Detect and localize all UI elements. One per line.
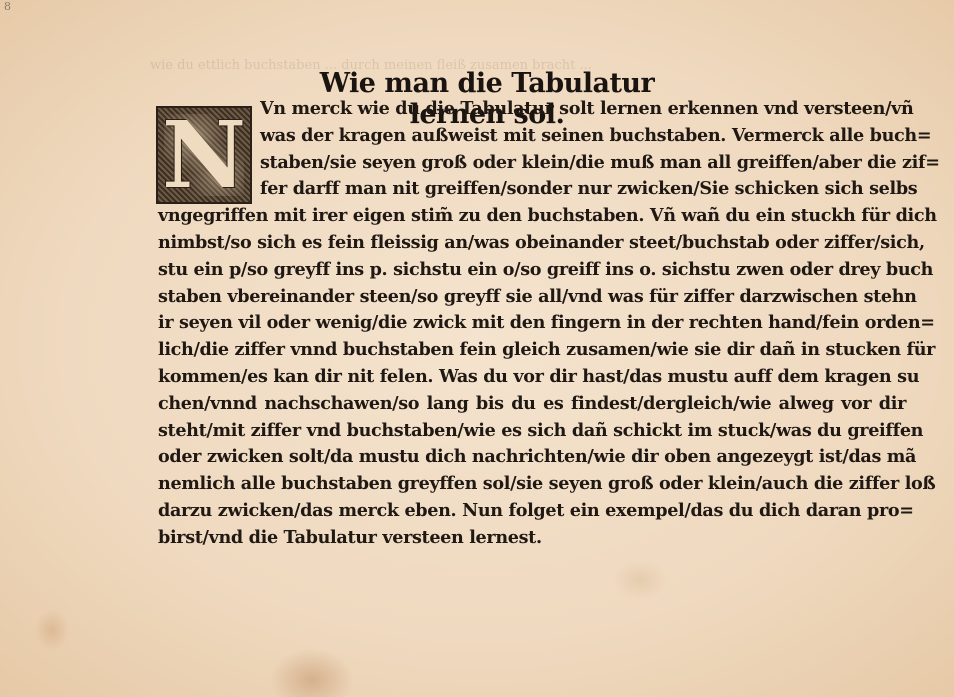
text-line: vngegriffen mit irer eigen stim̃ zu den … — [158, 203, 906, 230]
text-line: staben/sie seyen groß oder klein/die muß… — [158, 150, 906, 177]
text-line: nimbst/so sich es fein fleissig an/was o… — [158, 230, 906, 257]
text-line: kommen/es kan dir nit felen. Was du vor … — [158, 364, 906, 391]
text-line: was der kragen außweist mit seinen buchs… — [158, 123, 906, 150]
text-line: steht/mit ziffer vnd buchstaben/wie es s… — [158, 418, 906, 445]
folio-mark: 8 — [4, 0, 11, 13]
text-line: fer darff man nit greiffen/sonder nur zw… — [158, 176, 906, 203]
text-line: chen/vnnd nachschawen/so lang bis du es … — [158, 391, 906, 418]
text-line: Vn merck wie du die Tabulatur solt lerne… — [158, 96, 906, 123]
text-line: ir seyen vil oder wenig/die zwick mit de… — [158, 310, 906, 337]
body-paragraph: Vn merck wie du die Tabulatur solt lerne… — [158, 96, 906, 552]
text-line: nemlich alle buchstaben greyffen sol/sie… — [158, 471, 906, 498]
text-line: stu ein p/so greyff ins p. sichstu ein o… — [158, 257, 906, 284]
text-line: staben vbereinander steen/so greyff sie … — [158, 284, 906, 311]
text-line: oder zwicken solt/da mustu dich nachrich… — [158, 444, 906, 471]
book-page: 8 wie du ettlich buchstaben ... durch me… — [0, 0, 954, 697]
text-line: birst/vnd die Tabulatur versteen lernest… — [158, 525, 906, 552]
text-line: lich/die ziffer vnnd buchstaben fein gle… — [158, 337, 906, 364]
text-line: darzu zwicken/das merck eben. Nun folget… — [158, 498, 906, 525]
